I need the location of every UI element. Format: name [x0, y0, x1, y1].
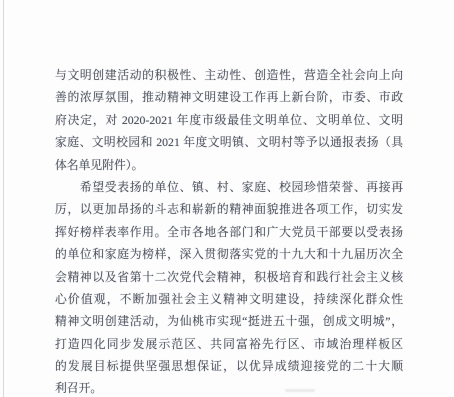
text-line: 精神文明创建活动，为仙桃市实现“挺进五十强，创成文明城”， — [55, 310, 403, 332]
text-line: 打造四化同步发展示范区、共同富裕先行区、市域治理样板区 — [55, 333, 403, 355]
scan-smudge-artifact — [285, 389, 315, 392]
scanned-document-page: 与文明创建活动的积极性、主动性、创造性，营造全社会向上向 善的浓厚氛围，推动精神… — [0, 0, 454, 397]
text-line: 的单位和家庭为榜样，深入贯彻落实党的十九大和十九届历次全 — [55, 243, 403, 265]
text-line: 希望受表扬的单位、镇、村、家庭、校园珍惜荣誉、再接再 — [55, 176, 403, 198]
text-line: 家庭、文明校园和 2021 年度文明镇、文明村等予以通报表扬（具 — [55, 131, 403, 153]
text-line: 会精神以及省第十二次党代会精神，积极培育和践行社会主义核 — [55, 266, 403, 288]
text-line: 利召开。 — [55, 377, 403, 397]
text-line: 厉，以更加昂扬的斗志和崭新的精神面貌推进各项工作，切实发 — [55, 198, 403, 220]
page-edge-line — [3, 0, 4, 397]
text-line: 心价值观，不断加强社会主义精神文明建设，持续深化群众性 — [55, 288, 403, 310]
document-body-text: 与文明创建活动的积极性、主动性、创造性，营造全社会向上向 善的浓厚氛围，推动精神… — [55, 64, 403, 397]
text-line: 的发展目标提供坚强思想保证，以优异成绩迎接党的二十大顺 — [55, 355, 403, 377]
text-line: 体名单见附件）。 — [55, 154, 403, 176]
text-line: 善的浓厚氛围，推动精神文明建设工作再上新台阶，市委、市政 — [55, 86, 403, 108]
text-line: 府决定，对 2020-2021 年度市级最佳文明单位、文明单位、文明 — [55, 109, 403, 131]
text-line: 与文明创建活动的积极性、主动性、创造性，营造全社会向上向 — [55, 64, 403, 86]
text-line: 挥好榜样表率作用。全市各地各部门和广大党员干部要以受表扬 — [55, 221, 403, 243]
